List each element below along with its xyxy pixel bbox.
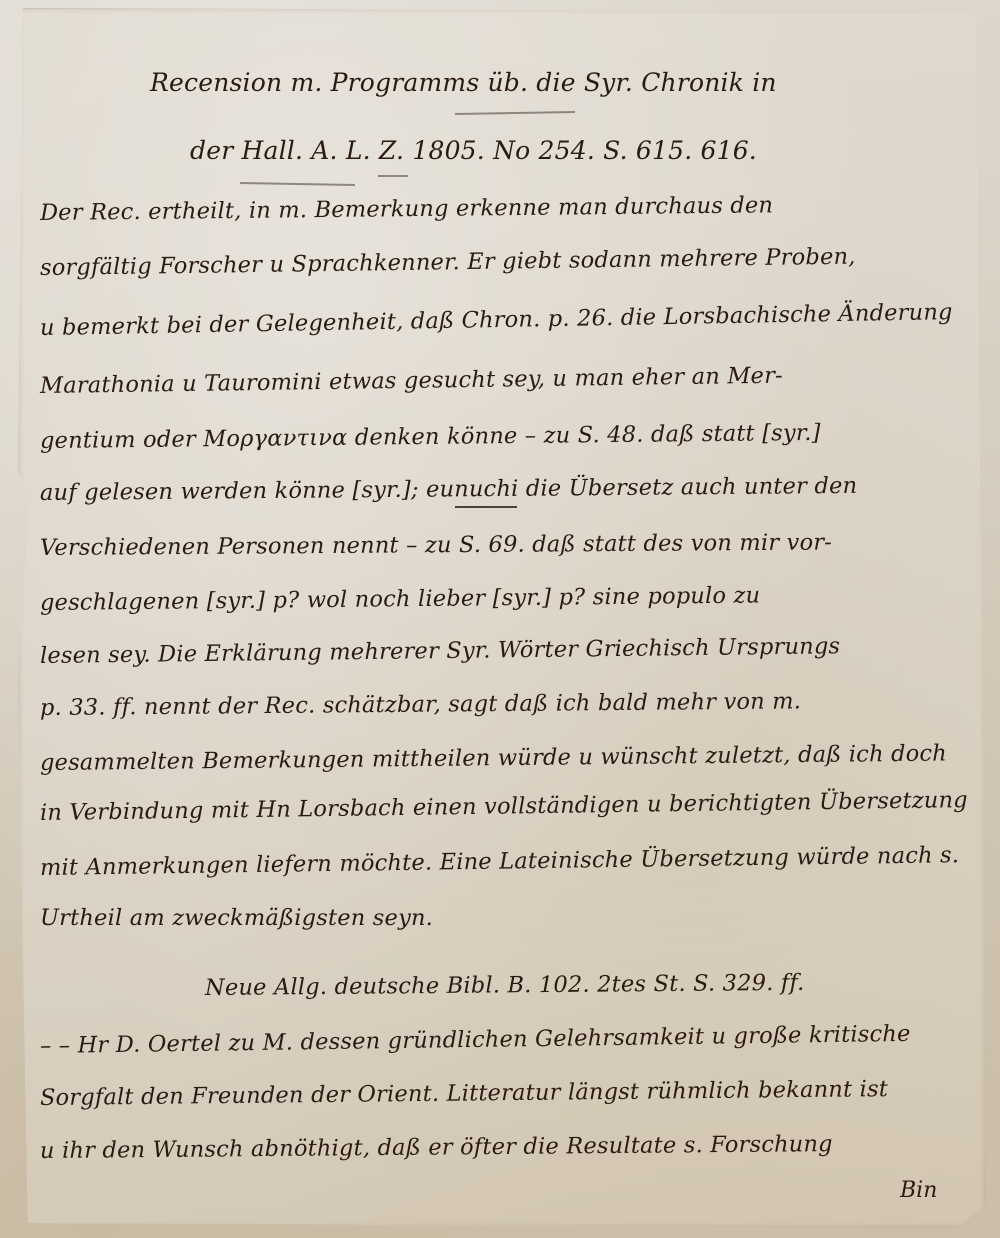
- underline-eunuchi: [455, 506, 517, 508]
- body-line-15: Neue Allg. deutsche Bibl. B. 102. 2tes S…: [205, 970, 805, 1001]
- manuscript-page: Recension m. Programms üb. die Syr. Chro…: [0, 0, 1000, 1238]
- body-line-7: Verschiedenen Personen nennt – zu S. 69.…: [40, 529, 832, 561]
- pencil-underline-1805: [378, 175, 408, 177]
- paper-edge: [18, 8, 986, 9]
- heading-line-1: Recension m. Programms üb. die Syr. Chro…: [150, 68, 777, 97]
- heading-line-2: der Hall. A. L. Z. 1805. No 254. S. 615.…: [190, 136, 757, 165]
- body-line-14: Urtheil am zweckmäßigsten seyn.: [40, 905, 433, 931]
- catchword: Bin: [900, 1178, 937, 1203]
